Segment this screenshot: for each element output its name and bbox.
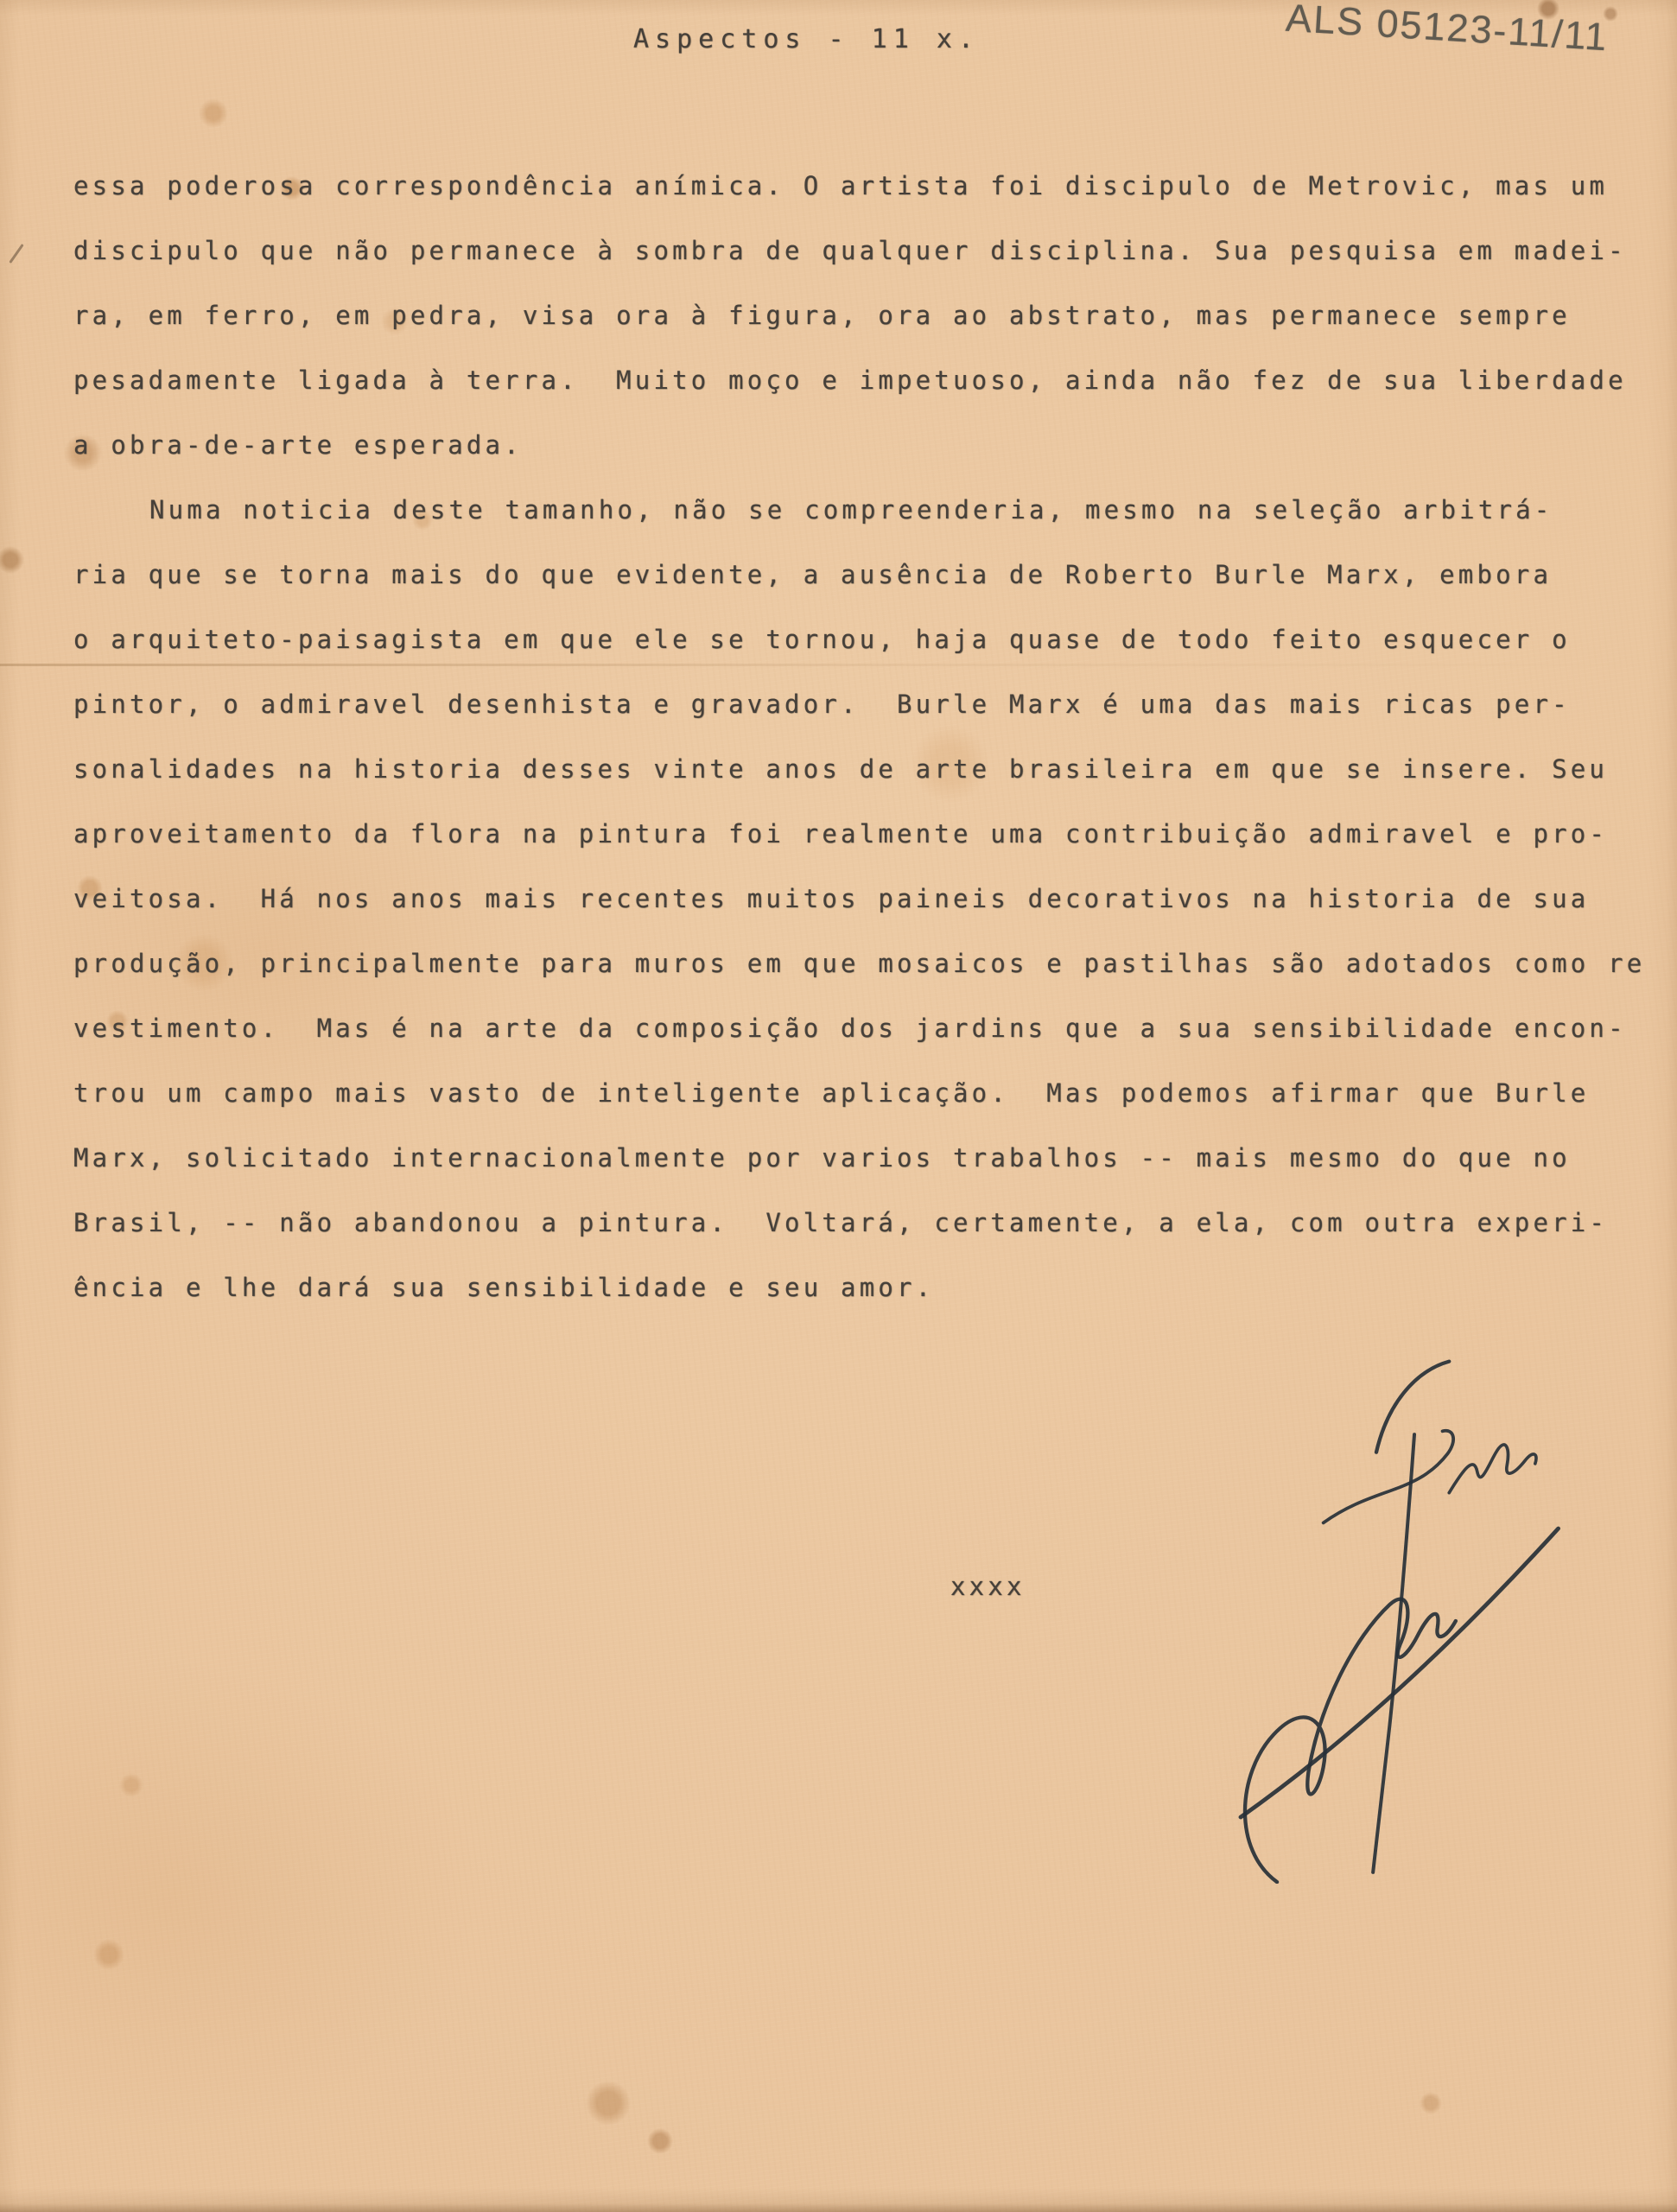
typed-line: pesadamente ligada à terra. Muito moço e…	[73, 348, 1645, 413]
typed-line: aproveitamento da flora na pintura foi r…	[73, 802, 1645, 867]
body-text: essa poderosa correspondência anímica. O…	[73, 154, 1645, 1320]
typed-line: Numa noticia deste tamanho, não se compr…	[73, 478, 1645, 543]
typed-line: trou um campo mais vasto de inteligente …	[73, 1061, 1645, 1126]
typed-line: ra, em ferro, em pedra, visa ora à figur…	[73, 283, 1645, 348]
typed-line: ência e lhe dará sua sensibilidade e seu…	[73, 1255, 1645, 1320]
archive-code-annotation: ALS 05123-11/11	[1285, 0, 1610, 60]
typed-line: o arquiteto-paisagista em que ele se tor…	[73, 607, 1645, 672]
margin-pen-tick	[9, 244, 23, 264]
typed-line: ria que se torna mais do que evidente, a…	[73, 543, 1645, 607]
typed-line: a obra-de-arte esperada.	[73, 413, 1645, 478]
page-title: Aspectos - 11 x.	[633, 19, 980, 60]
typed-line: vestimento. Mas é na arte da composição …	[73, 996, 1645, 1061]
typed-line: Marx, solicitado internacionalmente por …	[73, 1126, 1645, 1191]
typed-line: essa poderosa correspondência anímica. O…	[73, 154, 1645, 219]
typed-line: Brasil, -- não abandonou a pintura. Volt…	[73, 1191, 1645, 1255]
typed-line: sonalidades na historia desses vinte ano…	[73, 737, 1645, 802]
typed-line: discipulo que não permanece à sombra de …	[73, 219, 1645, 283]
typewritten-page: Aspectos - 11 x. ALS 05123-11/11 essa po…	[0, 0, 1677, 2212]
typed-line: produção, principalmente para muros em q…	[73, 931, 1645, 996]
typed-line: veitosa. Há nos anos mais recentes muito…	[73, 867, 1645, 931]
handwritten-signature-icon	[1201, 1357, 1590, 1884]
typed-end-mark: xxxx	[950, 1560, 1026, 1612]
typed-line: pintor, o admiravel desenhista e gravado…	[73, 672, 1645, 737]
